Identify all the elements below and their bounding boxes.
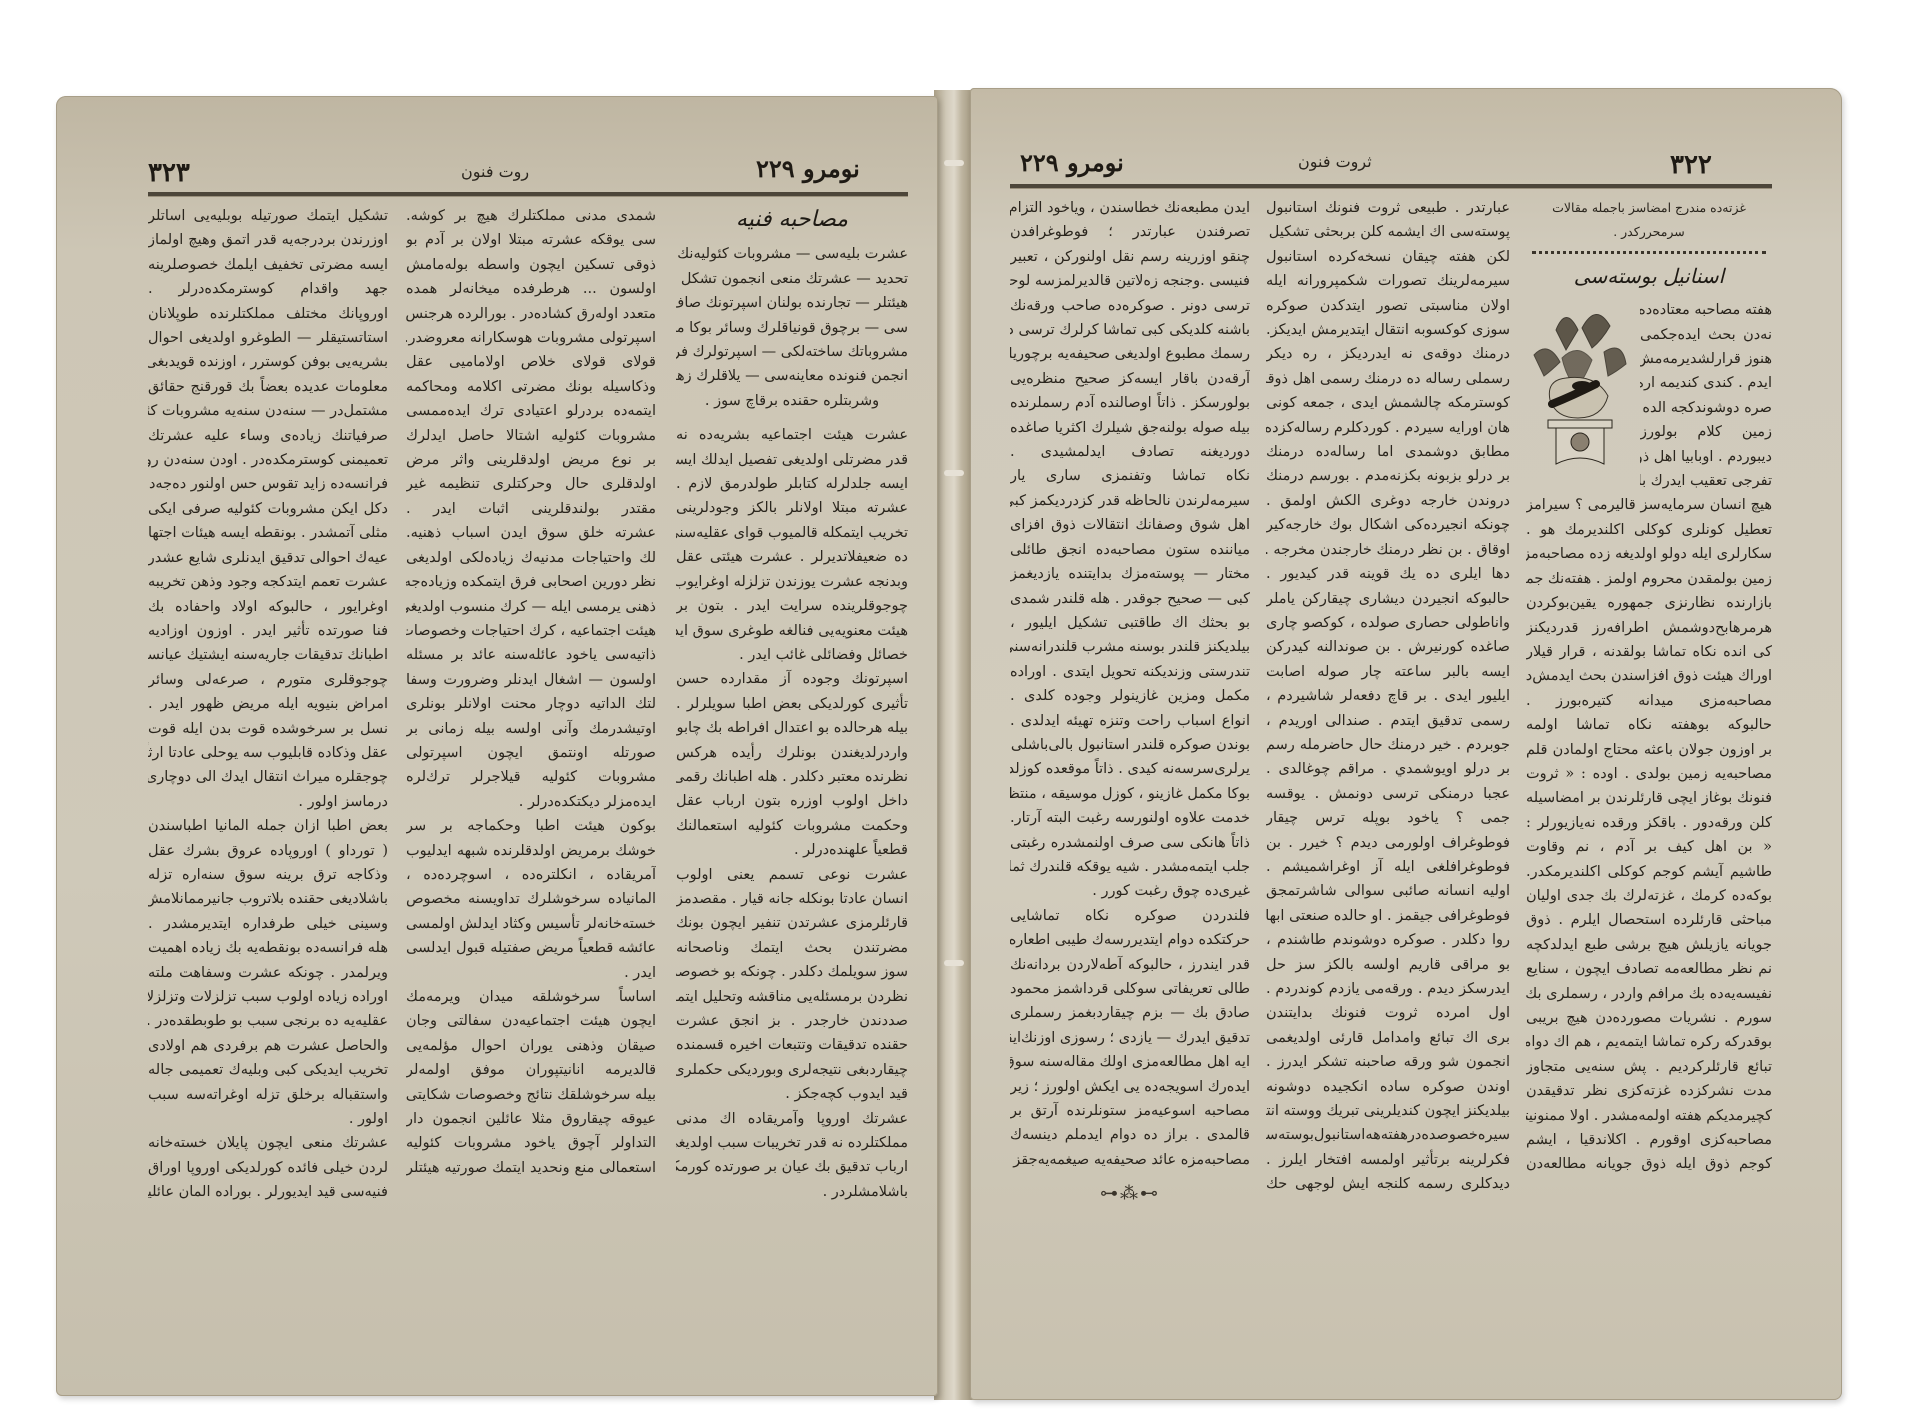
text-line: بر درلو بزبونه بكزنه‌مدم . بورسم درمنك bbox=[1266, 464, 1510, 488]
text-line: فنيه‌سى قيد ايدیورلر . بوراده المان عائل… bbox=[148, 1180, 388, 1204]
text-line: ايچون هيئت اجتماعيه‌دن سفالتى وجان bbox=[406, 1009, 656, 1033]
text-line: عبارتدر . طبيعى ثروت فنونك استانبول bbox=[1266, 196, 1510, 220]
text-line: ايه اهل مطالعه‌مزى اولك مقاله‌سنه سوق bbox=[1010, 1050, 1250, 1074]
text-line: قطعياً علهنده‌درلر . bbox=[676, 838, 908, 862]
text-line: روا دكلدر . صوكره دوشوندم طاشندم ، bbox=[1266, 928, 1510, 952]
text-line: مثلى آتمشدر . بونقطه ايسه هيئات اجتها bbox=[148, 521, 388, 545]
text-line: صورتله اونتمق ايچون اسپرتولى bbox=[406, 741, 656, 765]
text-line: تبائع قارئلركرديم . پش سنه‌يى متجاوز bbox=[1526, 1055, 1772, 1079]
text-line: آمريقاده ، انكلتره‌ده ، اسوچرده‌ده ، bbox=[406, 863, 656, 887]
text-line: رسمك مطبوع اولديغى صحيفه‌يه برچوريلى. bbox=[1010, 342, 1250, 366]
text-line: بر اوزون جولان باعثه محتاج اولمادن قلم bbox=[1526, 738, 1772, 762]
text-line: بيله سرخوشلقك نتائج وخصوصات شكايتى bbox=[406, 1083, 656, 1107]
page-number: ٣٢٢ bbox=[1670, 150, 1712, 180]
text-line: مضرتندن بحث ايتمك وناصحانه bbox=[676, 936, 908, 960]
text-line: اسپرتولى مشروبات هوسكارانه معروضدر. bbox=[406, 326, 656, 350]
text-line: جمى ؟ ياخود بوپله ترس چيقار bbox=[1266, 806, 1510, 830]
text-line: قالديرمه انانيتپوران موفق اولمه‌لر bbox=[406, 1058, 656, 1082]
text-line: وسينى خيلى طرفداره ايتديرمشدر . bbox=[148, 912, 388, 936]
text-line: هيئت اجتماعيه ، كرك احتياجات وخصوصات bbox=[406, 619, 656, 643]
text-line: اولسون ... هرطرفده ميخانه‌لر همده bbox=[406, 277, 656, 301]
summary-line: عشرت بليه‌سى — مشروبات كئوليه‌نك استعمال… bbox=[676, 242, 908, 266]
text-line: نظرنده معتبر دكلدر . هله اطبانك رقمى bbox=[676, 765, 908, 789]
article-body: تشكيل ايتمك صورتيله بوبليه‌يى اساتلراوزر… bbox=[148, 204, 388, 1205]
text-line: فوطوغراف اولورمى ديدم ؟ خيرر . بن bbox=[1266, 831, 1510, 855]
text-line: تشكيل ايتمك صورتيله بوبليه‌يى اساتلر bbox=[148, 204, 388, 228]
text-line: امراض بنيويه ايله مريض ظهور ايدر . bbox=[148, 692, 388, 716]
text-line: رسمى تدقيق ايتدم . صندالى اوريدم ، bbox=[1266, 709, 1510, 733]
text-line: مطابق دوشمدى اما رساله‌ده درمنك bbox=[1266, 440, 1510, 464]
text-line: قدر ايندرز ، حالبوكه آطه‌لاردن بردانه‌نك bbox=[1010, 953, 1250, 977]
text-line: غيرى‌ده چوق رغبت كورر . bbox=[1010, 879, 1250, 903]
binding-stitch bbox=[944, 470, 964, 476]
text-line: لكن هفته چيقان نسخه‌كرده استانبول bbox=[1266, 245, 1510, 269]
text-line: تعميمنى كوسترمكده‌در . اودن سنه‌دن رو bbox=[148, 448, 388, 472]
text-line: آرقه‌دن باقار ايسه‌كز صحيح منظره‌يى bbox=[1010, 367, 1250, 391]
text-line: باشنه كلديكى كبى تماشا كرلرك ترسى دونيور… bbox=[1010, 318, 1250, 342]
text-line: خصائل وفضائلى غائب ايدر . bbox=[676, 643, 908, 667]
text-line: معلومات عديده بعضاً بك قورقنج حقائق bbox=[148, 375, 388, 399]
text-line: ( تورداو ) اوروپاده عروق بشرك عقل bbox=[148, 839, 388, 863]
text-line: مصاحبه‌مزه عائد صحيفه‌يه صيغمه‌يه‌جقز . bbox=[1010, 1148, 1250, 1172]
text-line: چوجوقلرى متورم ، صرعه‌لى وسائر bbox=[148, 668, 388, 692]
text-line: تندرستى وزنديكنه تحويل ايتدى . اوراده bbox=[1010, 660, 1250, 684]
text-line: مختار — پوسته‌مزك بدايتنده يازديغمز bbox=[1010, 562, 1250, 586]
text-line: جوبردم . خير درمنك حال حاضرمله رسم bbox=[1266, 733, 1510, 757]
binding-stitch bbox=[944, 160, 964, 166]
text-line: عقليه‌يه ده برنجى سبب بو طوبطقده‌در . bbox=[148, 1009, 388, 1033]
text-line: ايسه جلدلرله كتابلر طولدرمق لازم . bbox=[676, 472, 908, 496]
text-line: ايليور ايدى . بر قاچ دفعه‌لر شاشيردم ، bbox=[1266, 684, 1510, 708]
text-line: متعدد اوله‌رق كشاده‌در . بورالرده هرجنس bbox=[406, 302, 656, 326]
text-line: انجمون شو ورقه صاحبنه تشكر ايدرز . bbox=[1266, 1050, 1510, 1074]
vase-of-flowers-emblem-icon bbox=[1526, 300, 1636, 472]
text-line: درماسز اولور . bbox=[148, 790, 388, 814]
text-line: صرفياتنك زياده‌ى وساء عليه عشرتك bbox=[148, 424, 388, 448]
text-line: قارئلرمزى عشرتدن تنفير ايچون بونك bbox=[676, 911, 908, 935]
text-line: فنا صورتده تأثير ايدر . اوزون اوزاديه bbox=[148, 619, 388, 643]
text-line: حالبوكه انجيردن ديشارى چيقاركن ياملر bbox=[1266, 587, 1510, 611]
text-line: بوكا مكمل غازينو ، كوزل موسيقه ، منتظم bbox=[1010, 782, 1250, 806]
column-left: ايدن مطبعه‌نك خطاسندن ، وياخود التزامتصر… bbox=[1010, 196, 1250, 1207]
text-line: عيه‌ك احوالى تدقيق ايدنلرى شايع عشدر. bbox=[148, 546, 388, 570]
text-line: كى انده نكاه تماشا بولقدنه ، قرار قيلار bbox=[1526, 640, 1772, 664]
section-title: اسنانيل بوسته‌سى bbox=[1526, 264, 1772, 288]
text-line: واناطولى حصارى صولده ، كوكصو چارى bbox=[1266, 611, 1510, 635]
text-line: وحكمت مشروبات كئوليه استعمالنك bbox=[676, 814, 908, 838]
text-line: خسته‌خانه‌لر تأسيس وكثاد ايدلش اولمسى bbox=[406, 912, 656, 936]
column-middle: شمدى مدنى مملكتلرك هيچ بر كوشه.سى يوقكه … bbox=[406, 204, 656, 1180]
text-line: بولورسكز . ذاتاً اوصالنده آدم رسملرنده bbox=[1010, 391, 1250, 415]
right-page-header: نومرو ٢٢٩ ثروت فنون ٣٢٢ bbox=[970, 88, 1842, 148]
summary-line: تحديد — عشرتك منعى انجمون تشكل ايدن bbox=[676, 267, 908, 291]
page-number: ٣٢٣ bbox=[148, 158, 190, 188]
text-line: دورديغنه تصادف ايدلمشيدى . bbox=[1010, 440, 1250, 464]
text-line: استاتستيقلر — الطوغرو اولديغى احوال bbox=[148, 326, 388, 350]
text-line: اول امرده ثروت فنونك بدايتندن bbox=[1266, 1001, 1510, 1025]
text-line: مشروبات كئوليه اشتالا حاصل ايدلرك bbox=[406, 424, 656, 448]
text-line: ديبوردم . اوبابيا اهل ذوق وتزهتك پاى bbox=[1640, 445, 1772, 469]
text-line: مصاحبه اسوعيه‌مز ستونلرنده آرتق بر bbox=[1010, 1099, 1250, 1123]
text-line: سورم . نشريات مصورده‌دن هيچ بريبى bbox=[1526, 1006, 1772, 1030]
text-line: مصاحبه‌كزى اوقورم . اكلاندقيا ، ايشم bbox=[1526, 1128, 1772, 1152]
text-line: التداولر آچوق ياخود مشروبات كئوليه bbox=[406, 1131, 656, 1155]
text-line: ايدر . bbox=[406, 961, 656, 985]
summary-line: سى — برچوق قونياقلرك وسائر بوكا مماثل bbox=[676, 316, 908, 340]
text-line: نه‌دن بحث ايده‌جكمى bbox=[1640, 323, 1772, 347]
text-line: كوسترمكه چالشمش ايدى ، جمعه كونى bbox=[1266, 391, 1510, 415]
text-line: ارباب تدقيق بك عيان بر صورتده كورمكه bbox=[676, 1155, 908, 1179]
text-line: ايدم . كندى كنديمه اره bbox=[1640, 371, 1772, 395]
text-line: مشروبات كئوليه قيلاجرلر ترك‌لره bbox=[406, 765, 656, 789]
text-line: مباحثى قارئلرده استحصال ايلرم . ذوق bbox=[1526, 908, 1772, 932]
text-line: ايدن مطبعه‌نك خطاسندن ، وياخود التزام bbox=[1010, 196, 1250, 220]
editorial-note: غزته‌ده مندرج امضاسز باجمله مقالات سرمحر… bbox=[1526, 196, 1772, 245]
text-line: برى اك تبائع وامدامل قارئى اولديغمى bbox=[1266, 1026, 1510, 1050]
text-line: اولور . bbox=[148, 1107, 388, 1131]
text-line: عشرته مبتلا اولانلر بالكز وجودلرينى bbox=[676, 496, 908, 520]
text-line: شمدى مدنى مملكتلرك هيچ بر كوشه. bbox=[406, 204, 656, 228]
text-line: بشريه‌يى بوفن كوسترر ، اوزنده قويدبغى bbox=[148, 350, 388, 374]
text-line: ذهنى يرمسى ايله — كرك منسوب اولديغى bbox=[406, 595, 656, 619]
text-line: صادق بك — بزم چيقاردبغمز رسملرى bbox=[1010, 1001, 1250, 1025]
issue-number: نومرو ٢٢٩ bbox=[756, 154, 860, 183]
text-line: عيوقه چيقاروق مثلا عائلين انجمون دار bbox=[406, 1107, 656, 1131]
text-line: سوزى كوكسوبه انتقال ايتديرمش ايديكز. bbox=[1266, 318, 1510, 342]
text-line: خوشك برمريض اولدقلرنده شبهه ايدليوب bbox=[406, 839, 656, 863]
text-line: فلندردن صوكره نكاه تماشايى bbox=[1010, 904, 1250, 928]
text-line: عجبا درمنكى ترسى دونمش . يوقسه bbox=[1266, 782, 1510, 806]
text-line: اوقاق . بن نظر درمنك خارجندن مخرجه . bbox=[1266, 538, 1510, 562]
text-line: فوطوغرافلغى ايله آز اوغراشميشم . bbox=[1266, 855, 1510, 879]
text-line: نظردن برمسئله‌يى مناقشه وتحليل ايتمك bbox=[676, 985, 908, 1009]
text-line: تخريب ايديكى كبى وبليه‌ك تعميمى جاله bbox=[148, 1058, 388, 1082]
text-line: سوز سويلمك دكلدر . چونكه بو خصوصده bbox=[676, 960, 908, 984]
text-line: صيقان وذهنى يوران احوال مؤلمه‌يى bbox=[406, 1034, 656, 1058]
text-line: مصاحبه‌مزى ميدانه كتيره‌بورز . bbox=[1526, 689, 1772, 713]
text-line: تصرفندن عبارتدر ؛ فوطوغرافدن bbox=[1010, 220, 1250, 244]
text-line: قولاى قولاى خلاص اولاماميى عقل bbox=[406, 350, 656, 374]
text-line: ايسه مضرتى تخفيف ايلمك خصوصلرينه bbox=[148, 253, 388, 277]
column-right: مصاحبه فنيه عشرت بليه‌سى — مشروبات كئولي… bbox=[676, 204, 908, 1204]
text-line: مكمل ومزين غازينولر وجوده كلدى . bbox=[1010, 684, 1250, 708]
text-line: بيله هرحالده بو اعتدال افراطه بك چابوق bbox=[676, 716, 908, 740]
text-line: لتك الداتيه دوچار محنت اولانلر بونلرى bbox=[406, 692, 656, 716]
text-line: تعطيل كونلرى كوكلى اكلنديرمك هو . bbox=[1526, 518, 1772, 542]
text-line: تفرجى تعقيب ايدرك بازيلان بر مقاله‌ده bbox=[1640, 469, 1772, 493]
text-line: فرانسه‌ده زايد تقوس حس اولنور ده‌جه‌ده bbox=[148, 472, 388, 496]
article-body: ايدن مطبعه‌نك خطاسندن ، وياخود التزامتصر… bbox=[1010, 196, 1250, 1172]
article-body: عبارتدر . طبيعى ثروت فنونك استانبولپوسته… bbox=[1266, 196, 1510, 1197]
text-line: رسملى رساله ده درمنك رسمى اهل ذوقه bbox=[1266, 367, 1510, 391]
text-line: دها ايلرى ده يك قوينه قدر كيديور . bbox=[1266, 562, 1510, 586]
text-line: بوقدركه ركره تماشا ايتمه‌يم ، هم اك دوام… bbox=[1526, 1030, 1772, 1054]
text-line: اوليه انسانه صائبى سوالى شاشرتمجق bbox=[1266, 879, 1510, 903]
text-line: مقتدر بولندقلرينى اثبات ايدر . bbox=[406, 497, 656, 521]
text-line: بو بحثك اك طاقتبى تشكيل ايليور ، bbox=[1010, 611, 1250, 635]
text-line: نفيسه‌يه‌ده بك مرافم واردر ، رسملرى بك bbox=[1526, 982, 1772, 1006]
text-line: عشرتك اوروپا وآمريقاده اك مدنى bbox=[676, 1107, 908, 1131]
text-line: ايتمه‌ده بردرلو اعتيادى ترك ايده‌ممسى bbox=[406, 399, 656, 423]
text-line: يرلرى‌سرسه‌نه كيدى . ذاتاً موقعده كوزلدر… bbox=[1010, 757, 1250, 781]
text-line: چونكه انجيرده‌كى اشكال بوك خارجه‌كير bbox=[1266, 513, 1510, 537]
emblem-float bbox=[1526, 300, 1636, 472]
text-line: بر نوع مريض اولدقلرينى واثر مرض bbox=[406, 448, 656, 472]
text-line: زمين بولمقدن محروم اولمز . هفته‌نك جمعه‌… bbox=[1526, 567, 1772, 591]
text-line: وذكاجه ترق برينه سوق سنه‌اره تزله bbox=[148, 863, 388, 887]
text-line: مملكتلرده نه قدر تخريبات سبب اولديغى bbox=[676, 1131, 908, 1155]
text-line: نظر دورين اصحابى فرق ايتمكده وزياده‌جه bbox=[406, 570, 656, 594]
text-line: ذاتيه‌سى ياخود عائله‌سنه عائد بر مسئله bbox=[406, 643, 656, 667]
text-line: اوروپانك مختلف مملكتلرنده طوپلانان bbox=[148, 302, 388, 326]
text-line: لك واحتياجات مدنيه‌ك زياده‌لكى اولديغى bbox=[406, 546, 656, 570]
text-line: ويرلمدر . چونكه عشرت وسفاهت ملته bbox=[148, 961, 388, 985]
text-line: ايسه بالبر ساعته چار صوله اصابت bbox=[1266, 660, 1510, 684]
text-line: داخل اولوب اوزره بتون ارباب عقل bbox=[676, 789, 908, 813]
text-line: بعض اطبا ازان جمله المانيا اطباسندن bbox=[148, 814, 388, 838]
book-spine bbox=[934, 90, 974, 1400]
text-line: درمنك دوقه‌ى نه ايدرديكز ، ره ديكر bbox=[1266, 342, 1510, 366]
article-body: شمدى مدنى مملكتلرك هيچ بر كوشه.سى يوقكه … bbox=[406, 204, 656, 1180]
header-rule bbox=[1010, 184, 1772, 189]
end-ornament-icon: ⊶⁂⊷ bbox=[1010, 1182, 1250, 1206]
text-line: جلب ايتمه‌مشدر . شيه يوقكه قلندرك ثماللن… bbox=[1010, 855, 1250, 879]
summary-line: وشربتلره حقنده برقاچ سوز . bbox=[676, 389, 908, 413]
text-line: تخريب ايتمكله قالميوب قواى عقليه‌سنى bbox=[676, 521, 908, 545]
text-line: بوكه‌ده كرمك ، غزته‌لرك بك جدى اوليان bbox=[1526, 884, 1772, 908]
text-line: اوزرندن بردرجه‌يه قدر اتمق وهيچ اولماز bbox=[148, 228, 388, 252]
text-line: چنقو اوزرينه رسم نقل اولنوركن ، تعبير bbox=[1010, 245, 1250, 269]
text-line: عقل وذكاده قابليوب سه يوحلى عادتا ارثاً bbox=[148, 741, 388, 765]
text-line: پوسته‌سى اك ايشمه كلن بربحثى تشكيل ايدر. bbox=[1266, 220, 1510, 244]
text-line: انسان عادتا بونكله جانه قيار . مقصدمز bbox=[676, 887, 908, 911]
text-line: چيقاردبغى نتيجه‌لرى وبورديكى حكملرى bbox=[676, 1058, 908, 1082]
text-line: والحاصل عشرت هم برفردى هم اولادى bbox=[148, 1034, 388, 1058]
text-line: طاشيم آيشم كوجم كوكلى اكلنديرمكدر. bbox=[1526, 860, 1772, 884]
text-line: ذوقى تسكين ايچون واسطه بوله‌مامش bbox=[406, 253, 656, 277]
text-line: باشلاديغى حقنده بلاتروب جانيرممانلامش bbox=[148, 887, 388, 911]
running-title: روت فنون bbox=[461, 162, 529, 181]
text-line: هيچ انسان سرمايه‌سز قاليرمى ؟ سيرامز bbox=[1526, 493, 1772, 517]
text-line: وبدنجه عشرت يوزندن تزلزله اوغرايوب bbox=[676, 570, 908, 594]
text-line: بيلديكنز قلندر بوسنه مشرب قلندرانه‌سنى bbox=[1010, 635, 1250, 659]
text-line: قيد ايدوب كچه‌جكز . bbox=[676, 1082, 908, 1106]
text-line: هنوز قرارلشديرمه‌مش bbox=[1640, 347, 1772, 371]
text-line: جويانه يازيلش هيچ برشى طبع ايدلدكچه bbox=[1526, 933, 1772, 957]
text-line: دكل ايكن مشروبات كئوليه صرفى ايكى bbox=[148, 497, 388, 521]
text-line: جهد واقدام كوسترمكده‌درلر . bbox=[148, 277, 388, 301]
text-line: بوكون هيئت اطبا وحكماجه بر سر bbox=[406, 814, 656, 838]
text-line: مدت نشركزده غزته‌كزى نظر تدقيقدن bbox=[1526, 1079, 1772, 1103]
column-left: تشكيل ايتمك صورتيله بوبليه‌يى اساتلراوزر… bbox=[148, 204, 388, 1205]
text-line: اساساً سرخوشلقه ميدان ويرمه‌مك bbox=[406, 985, 656, 1009]
text-line: هفته مصاحبه معتاده‌ده bbox=[1640, 298, 1772, 322]
header-rule bbox=[148, 192, 908, 197]
text-line: عشرته خلق سوق ايدن اسباب ذهنيه. bbox=[406, 521, 656, 545]
text-line: سى يوقكه عشرته مبتلا اولان بر آدم بو bbox=[406, 228, 656, 252]
right-page: نومرو ٢٢٩ ثروت فنون ٣٢٢ غزته‌ده مندرج ام… bbox=[970, 88, 1842, 1400]
text-line: قالمدى . براز ده دوام ايدملم دينسه‌ك bbox=[1010, 1123, 1250, 1147]
summary-line: هيئتلر — تجارنده بولنان اسپرتونك صاف اول… bbox=[676, 291, 908, 315]
text-line: سكارلرى ايله دولو اولديغه زده مصاحبه‌مز bbox=[1526, 542, 1772, 566]
text-line: استعمالى منع ونحديد ايتمك صورتيه هيئتلر bbox=[406, 1156, 656, 1180]
text-line: بو مراقى قاريم اولسه بالكز سز حل bbox=[1266, 953, 1510, 977]
text-line: بيله صوله بولنه‌جق شيلرك اكثريا صاغده bbox=[1010, 416, 1250, 440]
text-line: چوجقلره ميراث انتقال ايدك الى دوچارى bbox=[148, 765, 388, 789]
text-line: اوغرايور ، حالبوكه اولاد واحفاده بك bbox=[148, 595, 388, 619]
text-line: بر درلو اويوشمدي . مراقم چوغالدى . bbox=[1266, 757, 1510, 781]
section-title: مصاحبه فنيه bbox=[676, 208, 908, 232]
text-line: تدقيق ايدرك — يازدى ؛ رسوزى اوزنك‌ايقتدن bbox=[1010, 1026, 1250, 1050]
text-line: عشرت تعمم ايتدكجه وجود وذهن تخريبه bbox=[148, 570, 388, 594]
text-line: ايدرسكز ديدم . ورقه‌مى يازدم كوندردم . bbox=[1266, 977, 1510, 1001]
text-line: قدر مضرتلى اولديغى تفصيل ايدلك ايستنيلير bbox=[676, 448, 908, 472]
text-line: عائشه قطعياً مريض صفتيله قبول ايدلسى bbox=[406, 936, 656, 960]
text-line: باشلامشلردر . bbox=[676, 1180, 908, 1204]
text-line: مشتمل‌در — سنه‌دن سنه‌يه مشروبات كئوليه bbox=[148, 399, 388, 423]
text-line: طالى تعريفاتى سوكلى قرداشمز محمود bbox=[1010, 977, 1250, 1001]
text-line: عشرتك منعى ايچون پايلان خسته‌خانه‌ bbox=[148, 1131, 388, 1155]
text-line: فنونك بوغاز ايچى قارئلرندن بر امضاسيله bbox=[1526, 786, 1772, 810]
text-line: كلن ورقه‌دور . باقكز ورقده نه‌يازيورلر : bbox=[1526, 811, 1772, 835]
text-line: عشرت هيئت اجتماعيه بشريه‌ده نه bbox=[676, 423, 908, 447]
text-line: چوجوقلرينده سرايت ايدر . بتون بر bbox=[676, 594, 908, 618]
text-line: بازارنده نظارنزى جمهوره يقين‌بوكردن bbox=[1526, 591, 1772, 615]
text-line: ديدكلرى رسمه كلنجه ايش لوجهى حك bbox=[1266, 1172, 1510, 1196]
text-line: ايده‌مزلر ديكتكده‌درلر . bbox=[406, 790, 656, 814]
text-line: ايده‌رك اسويجه‌ده يى ايكش اولورز ؛ زيرا bbox=[1010, 1075, 1250, 1099]
text-line: هرمرهابح‌دوشمش اطرافه‌رز قدرديكنز bbox=[1526, 616, 1772, 640]
text-line: خدمت علاوه اولنورسه رغبت البته آرتار. bbox=[1010, 806, 1250, 830]
text-line: واستقباله برخلق تزله اوغراته‌سه سبب bbox=[148, 1083, 388, 1107]
text-line: اوراده زياده اولوب سبب تزلزلات وتزلزلات bbox=[148, 985, 388, 1009]
text-line: اوندن صوكره ساده انكجيده دوشونه bbox=[1266, 1075, 1510, 1099]
dotted-divider bbox=[1532, 251, 1766, 254]
text-line: اولدقلرى حال وحركتلرى تنظيمه غير bbox=[406, 472, 656, 496]
text-line: وذكاسيله بونك مضرتى اكلامه ومحاكمه bbox=[406, 375, 656, 399]
article-body: عشرت هيئت اجتماعيه بشريه‌ده نهقدر مضرتلى… bbox=[676, 423, 908, 1204]
text-line: كوجم ذوق ايله ذوق جويانه مطالعه‌دن bbox=[1526, 1152, 1772, 1176]
text-line: اوتيشدرمك وآنى اولسه بيله زمانى بر bbox=[406, 717, 656, 741]
left-page-header: ٣٢٣ روت فنون نومرو ٢٢٩ bbox=[56, 96, 938, 156]
text-line: سيرمه‌لرندن نالحاظه قدر كزدرديكمز كبى bbox=[1010, 489, 1250, 513]
text-line: حقنده تدقيقات وتتبعات اخيره قسمنده bbox=[676, 1033, 908, 1057]
column-right: غزته‌ده مندرج امضاسز باجمله مقالات سرمحر… bbox=[1526, 196, 1772, 1177]
text-line: فنيسى .وجنجه زه‌لاتين قالديرلمزسه لوحه‌ن… bbox=[1010, 269, 1250, 293]
text-line: المانياده سرخوشلرك تداويسنه مخصوص bbox=[406, 887, 656, 911]
text-line: حالبوكه بوهفته نكاه تماشا اولمه bbox=[1526, 713, 1772, 737]
text-line: واردرلديغندن بونلرك رأيده هركس bbox=[676, 741, 908, 765]
text-line: صاغده كورنيرش . بن صوندالنه كيدركن bbox=[1266, 635, 1510, 659]
summary-line: انجمن فنونده معاينه‌سى — يلاقلرك زهرلى bbox=[676, 364, 908, 388]
text-line: سيره‌خصوصده‌درهفته‌هه‌استانبول‌بوسته‌سرل… bbox=[1266, 1123, 1510, 1147]
text-line: كچيرمديكم هفته اولمه‌مشدر . اولا ممنونيت… bbox=[1526, 1104, 1772, 1128]
text-line: نم نظر مطالعه‌مه تصادف ايچون ، سنايع bbox=[1526, 957, 1772, 981]
text-line: ترسى دونر . صوكره‌ده صاحب ورقه‌نك bbox=[1010, 294, 1250, 318]
text-line: نكاه تماشا وتفنمزى سارى يار bbox=[1010, 464, 1250, 488]
text-line: زمين كلام بولورز bbox=[1640, 420, 1772, 444]
text-line: هيئت معنويه‌يى فنالغه طوغرى سوق ايدر bbox=[676, 619, 908, 643]
text-line: بيلديكنز ايچون كنديلرينى تبريك ووسته انت… bbox=[1266, 1099, 1510, 1123]
text-line: مصاحبه‌يه زمين بولدى . اوده : « ثروت bbox=[1526, 762, 1772, 786]
text-line: اهل شوق وصفانك انتقالات ذوق افزاى bbox=[1010, 513, 1250, 537]
text-line: صددندن خارجدر . بز انجق عشرت bbox=[676, 1009, 908, 1033]
text-line: انواع اسباب راحت وتنزه تهيئه ايدلدى . bbox=[1010, 709, 1250, 733]
text-line: اوراك هيئت ذوق افزاسندن بحث ايدمش‌ده bbox=[1526, 664, 1772, 688]
text-line: مياننده ستون مصاحبه‌ده انجق طائلى bbox=[1010, 538, 1250, 562]
text-line: اطبانك تدقيقات جاريه‌سنه ايشتيك عيانسنك bbox=[148, 643, 388, 667]
text-line: هله فرانسه‌ده بونقطه‌يه بك زياده اهميت bbox=[148, 936, 388, 960]
binding-stitch bbox=[944, 960, 964, 966]
text-line: اولسون — اشغال ايدنلر وضرورت وسفا bbox=[406, 668, 656, 692]
text-line: لردن خيلى فائده كورلديكى اوروپا اوراق bbox=[148, 1156, 388, 1180]
text-line: دروندن خارجه دوغرى الكش اولمق . bbox=[1266, 489, 1510, 513]
text-line: كبى — صحيح جوقدر . هله قلندر شمدى bbox=[1010, 587, 1250, 611]
left-page: ٣٢٣ روت فنون نومرو ٢٢٩ مصاحبه فنيه عشرت … bbox=[56, 96, 938, 1396]
summary-line: مشروباتك ساخته‌لكى — اسپرتولرك فرانسه bbox=[676, 340, 908, 364]
text-line: نسل بر سرخوشده قوت بدن ايله قوت bbox=[148, 717, 388, 741]
summary-block: عشرت بليه‌سى — مشروبات كئوليه‌نك استعمال… bbox=[676, 242, 908, 413]
text-line: ذاتاً هانكى سى صرف اولنمشدره رغبتى bbox=[1010, 831, 1250, 855]
text-line: ده ضعيفلاتديرلر . عشرت هيئتى عقل bbox=[676, 545, 908, 569]
text-line: فوطوغرافى جيقمز . او حالده صنعتى ابهام bbox=[1266, 904, 1510, 928]
text-line: حركتكده دوام ايتديررسه‌ك طيبى اطعاره bbox=[1010, 928, 1250, 952]
text-line: تأثيرى كورلديكى بعض اطبا سويلرلر . bbox=[676, 692, 908, 716]
issue-number: نومرو ٢٢٩ bbox=[1020, 148, 1124, 177]
text-line: صره دوشوندكجه الده بر bbox=[1640, 396, 1772, 420]
text-line: فكرلرينه برتأثير اولمسه افتخار ايلرز . bbox=[1266, 1148, 1510, 1172]
text-line: عشرت نوعى تسمم يعنى اولوب bbox=[676, 863, 908, 887]
text-line: اسپرتونك وجوده آز مقدارده حسن bbox=[676, 667, 908, 691]
text-line: « بن اهل كيف بر آدم ، نم وقاوت bbox=[1526, 835, 1772, 859]
text-line: بوندن صوكره قلندر استانبول بالى‌باشلى‌سي… bbox=[1010, 733, 1250, 757]
column-middle: عبارتدر . طبيعى ثروت فنونك استانبولپوسته… bbox=[1266, 196, 1510, 1197]
text-line: اولان مناسبتى تصور ايتدكدن صوكره bbox=[1266, 294, 1510, 318]
running-title: ثروت فنون bbox=[1298, 152, 1372, 171]
text-line: هان اورايه سيردم . كوردكلرم رساله‌كزده bbox=[1266, 416, 1510, 440]
text-line: سيرمه‌لرينك تصورات شكمپرورانه ايله bbox=[1266, 269, 1510, 293]
